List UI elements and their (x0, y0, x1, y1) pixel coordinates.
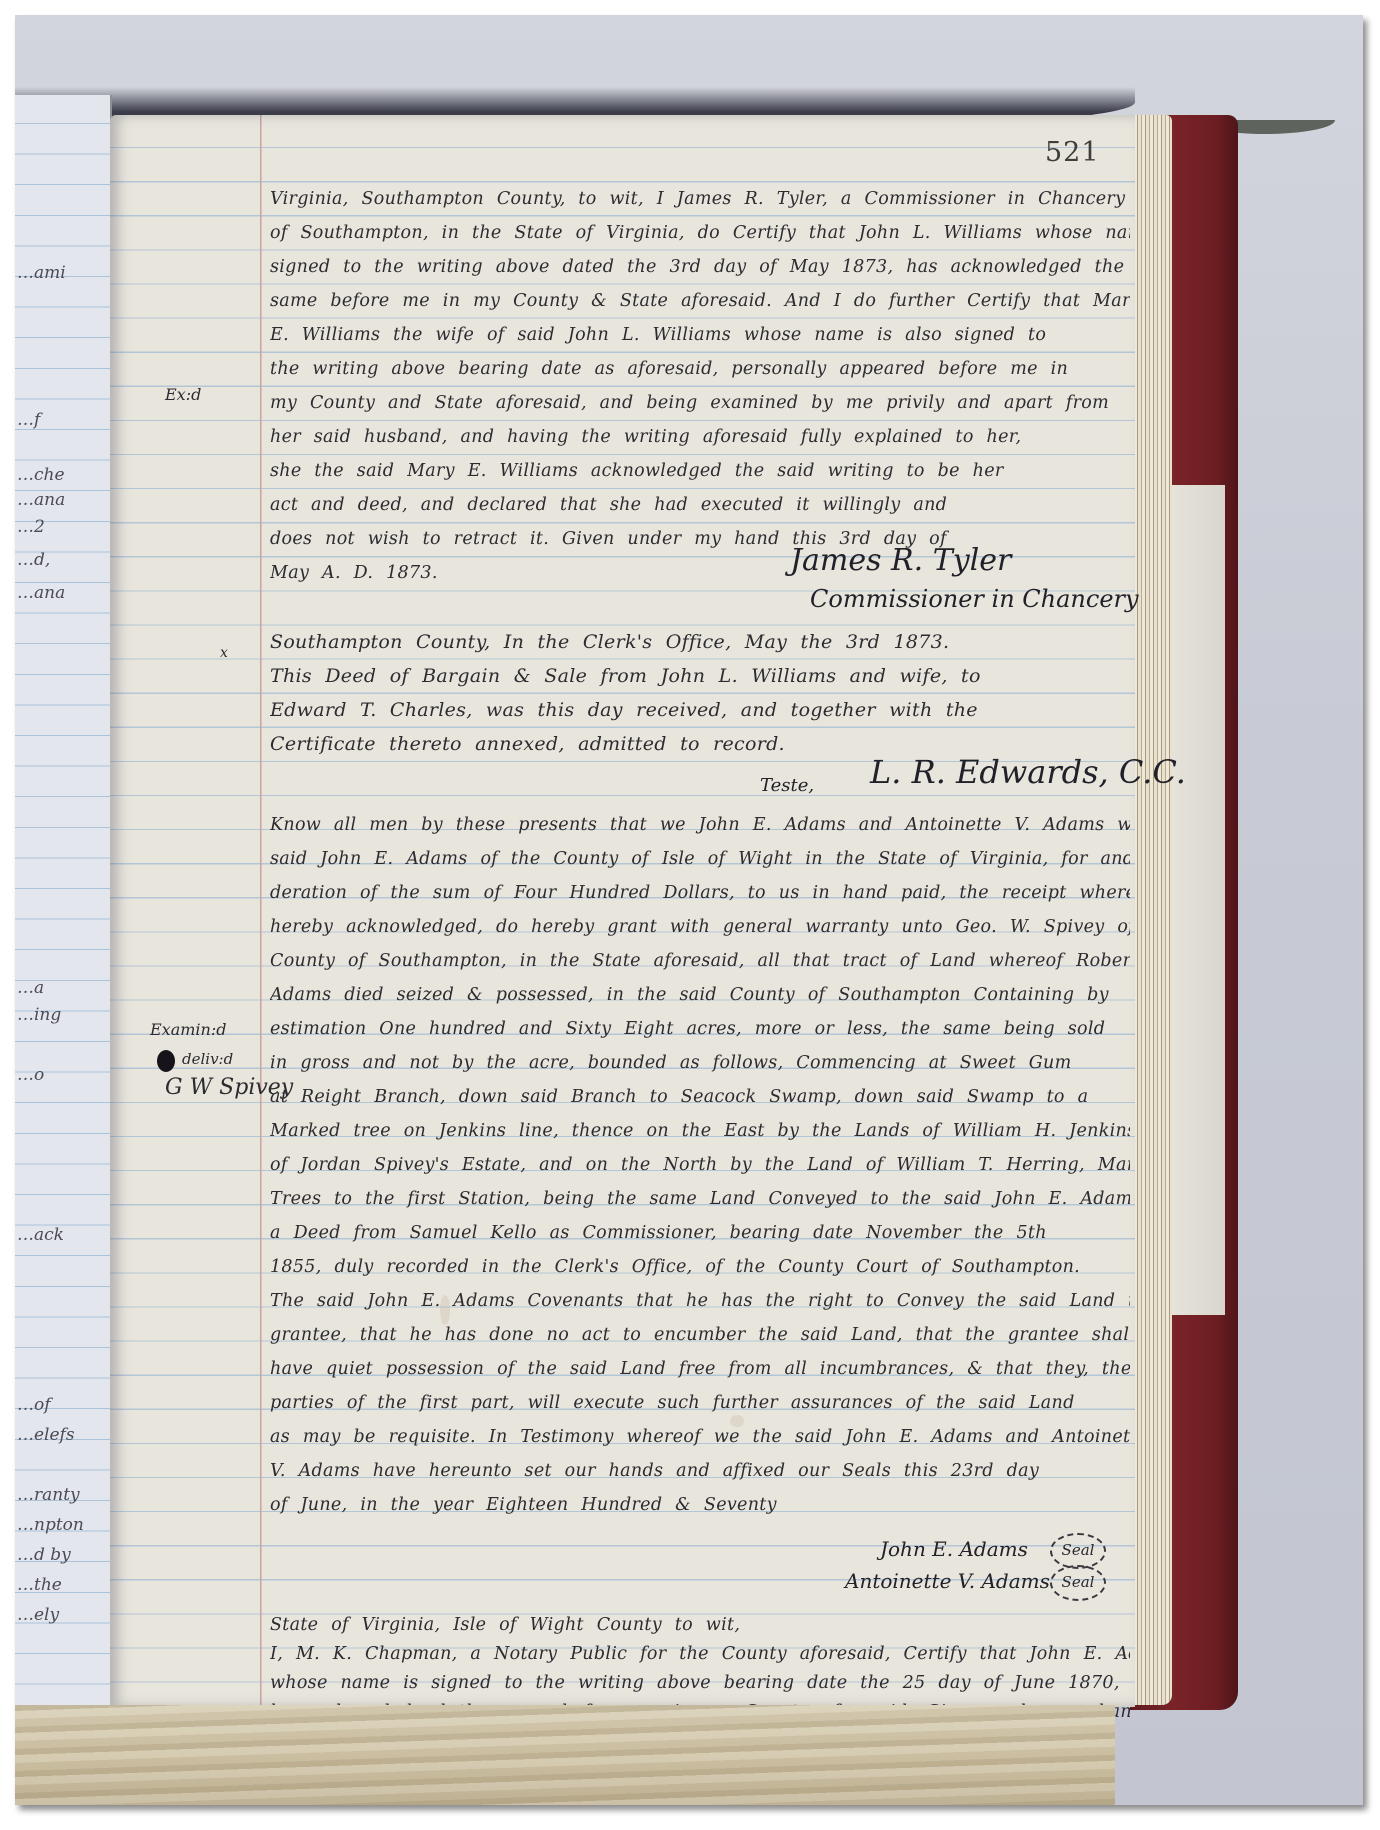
signature-clerk: L. R. Edwards, C.C. (870, 753, 1186, 791)
text-line: signed to the writing above dated the 3r… (270, 257, 1130, 277)
seal-icon: Seal (1050, 1533, 1106, 1569)
page-stack-edges (1130, 115, 1172, 1705)
ink-blot (157, 1050, 175, 1072)
text-line: estimation One hundred and Sixty Eight a… (270, 1019, 1130, 1039)
text-line: I, M. K. Chapman, a Notary Public for th… (270, 1644, 1130, 1664)
left-page: …ami …f …che …ana …2 …d, …ana …a …ing …o… (15, 95, 112, 1710)
text-line: her said husband, and having the writing… (270, 427, 1130, 447)
text-line: 1855, duly recorded in the Clerk's Offic… (270, 1257, 1130, 1277)
text-line: same before me in my County & State afor… (270, 291, 1130, 311)
left-page-fragment: …d by (17, 1545, 71, 1565)
text-line: of Southampton, in the State of Virginia… (270, 223, 1130, 243)
signature-commissioner: James R. Tyler (790, 543, 1011, 578)
text-line: parties of the first part, will execute … (270, 1393, 1130, 1413)
signature-commissioner-title: Commissioner in Chancery (810, 585, 1139, 613)
binding-worn-section (1165, 485, 1225, 1315)
left-page-fragment: …2 (17, 517, 45, 537)
page-number: 521 (1045, 137, 1100, 168)
margin-note-delivered: deliv:d (182, 1050, 233, 1068)
signature-antoinette-adams: Antoinette V. Adams (845, 1569, 1050, 1593)
text-line: a Deed from Samuel Kello as Commissioner… (270, 1223, 1130, 1243)
left-page-fragment: …elefs (17, 1425, 75, 1445)
left-page-fragment: …of (17, 1395, 51, 1415)
text-line: deration of the sum of Four Hundred Doll… (270, 883, 1130, 903)
text-line: grantee, that he has done no act to encu… (270, 1325, 1130, 1345)
right-page: 521 Ex:d x Examin:d deliv:d G W Spivey V… (110, 115, 1135, 1707)
text-line: Know all men by these presents that we J… (270, 815, 1130, 835)
left-page-fragment: …o (17, 1065, 44, 1085)
wooden-shelf (15, 1705, 1115, 1805)
text-line: act and deed, and declared that she had … (270, 495, 1130, 515)
left-page-fragment: …ranty (17, 1485, 80, 1505)
text-line: in gross and not by the acre, bounded as… (270, 1053, 1130, 1073)
left-page-fragment: …npton (17, 1515, 84, 1535)
signature-john-adams: John E. Adams (880, 1537, 1028, 1561)
seal-icon: Seal (1050, 1565, 1106, 1601)
text-line: Trees to the first Station, being the sa… (270, 1189, 1130, 1209)
text-line: This Deed of Bargain & Sale from John L.… (270, 665, 1130, 687)
paper-stain (730, 1415, 744, 1427)
margin-x-mark: x (220, 645, 228, 661)
text-line: Certificate thereto annexed, admitted to… (270, 733, 1130, 755)
text-line: The said John E. Adams Covenants that he… (270, 1291, 1130, 1311)
text-line: she the said Mary E. Williams acknowledg… (270, 461, 1130, 481)
text-line: as may be requisite. In Testimony whereo… (270, 1427, 1130, 1447)
left-page-fragment: …a (17, 978, 44, 998)
left-page-fragment: …ana (17, 490, 65, 510)
text-line: whose name is signed to the writing abov… (270, 1673, 1130, 1693)
ledger-photograph: …ami …f …che …ana …2 …d, …ana …a …ing …o… (15, 15, 1363, 1805)
left-page-fragment: …d, (17, 550, 50, 570)
teste-label: Teste, (760, 775, 814, 796)
text-line: have quiet possession of the said Land f… (270, 1359, 1130, 1379)
text-line: of Jordan Spivey's Estate, and on the No… (270, 1155, 1130, 1175)
left-page-fragment: …ely (17, 1605, 59, 1625)
margin-note-examined: Examin:d (150, 1020, 226, 1039)
left-page-fragment: …che (17, 465, 65, 485)
text-line: of June, in the year Eighteen Hundred & … (270, 1495, 1130, 1515)
text-line: County of Southampton, in the State afor… (270, 951, 1130, 971)
text-line: Edward T. Charles, was this day received… (270, 699, 1130, 721)
text-line: E. Williams the wife of said John L. Wil… (270, 325, 1130, 345)
text-line: State of Virginia, Isle of Wight County … (270, 1615, 1130, 1635)
left-page-fragment: …the (17, 1575, 62, 1595)
text-line: at Reight Branch, down said Branch to Se… (270, 1087, 1130, 1107)
text-line: the writing above bearing date as afores… (270, 359, 1130, 379)
text-line: V. Adams have hereunto set our hands and… (270, 1461, 1130, 1481)
text-line: hereby acknowledged, do hereby grant wit… (270, 917, 1130, 937)
text-line: said John E. Adams of the County of Isle… (270, 849, 1130, 869)
left-page-fragment: …ing (17, 1005, 61, 1025)
text-line: Marked tree on Jenkins line, thence on t… (270, 1121, 1130, 1141)
text-line: my County and State aforesaid, and being… (270, 393, 1130, 413)
left-page-fragment: …f (17, 410, 40, 430)
text-line: Southampton County, In the Clerk's Offic… (270, 631, 1130, 653)
left-page-fragment: …ana (17, 583, 65, 603)
text-line: Adams died seized & possessed, in the sa… (270, 985, 1130, 1005)
left-page-fragment: …ami (17, 263, 66, 283)
text-line: Virginia, Southampton County, to wit, I … (270, 189, 1130, 209)
margin-note-ex: Ex:d (165, 385, 201, 404)
left-page-fragment: …ack (17, 1225, 64, 1245)
